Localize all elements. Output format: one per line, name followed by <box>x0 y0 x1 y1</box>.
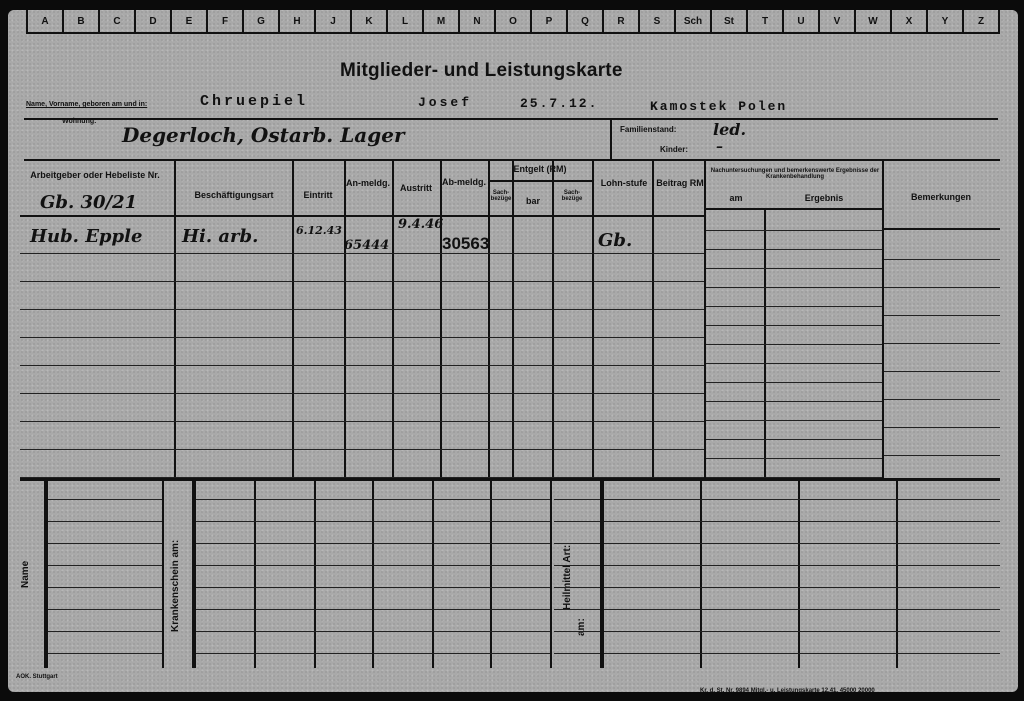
divider <box>24 118 998 120</box>
header-contribution: Beitrag RM <box>656 178 704 189</box>
row-line <box>20 365 704 366</box>
index-tab-n: N <box>458 10 494 34</box>
index-tab-k: K <box>350 10 386 34</box>
divider <box>610 120 612 160</box>
column-divider <box>552 160 554 480</box>
row-line <box>604 499 1000 500</box>
birth-place-value: Kamostek Polen <box>650 99 787 114</box>
column-divider <box>392 160 394 480</box>
index-tab-x: X <box>890 10 926 34</box>
index-tab-s: S <box>638 10 674 34</box>
header-wage-in-kind: Sach-bezüge <box>490 190 512 202</box>
row-line <box>706 458 882 459</box>
row-line <box>554 631 600 632</box>
row-line <box>706 287 882 288</box>
grid-line <box>882 228 1000 230</box>
row-line <box>884 343 1000 344</box>
grid-line <box>20 215 704 217</box>
cell-entry: 6.12.43 <box>296 224 340 237</box>
column-divider <box>162 481 164 668</box>
row-line <box>706 230 882 231</box>
row-line <box>48 609 162 610</box>
row-line <box>196 587 550 588</box>
row-line <box>48 521 162 522</box>
children-value: – <box>716 139 723 155</box>
index-tab-z: Z <box>962 10 1000 34</box>
row-line <box>706 439 882 440</box>
index-tab-r: R <box>602 10 638 34</box>
column-divider <box>432 481 434 668</box>
row-line <box>20 309 704 310</box>
index-tab-o: O <box>494 10 530 34</box>
column-divider <box>254 481 256 668</box>
column-divider <box>896 481 898 668</box>
row-line <box>48 587 162 588</box>
row-line <box>706 325 882 326</box>
sick-note-label: Krankenschein am: <box>170 540 181 632</box>
column-divider <box>652 160 654 480</box>
address-label: Wohnung: <box>62 118 96 125</box>
column-divider <box>798 481 800 668</box>
row-line <box>20 253 704 254</box>
row-line <box>554 565 600 566</box>
column-divider <box>372 481 374 668</box>
index-tab-c: C <box>98 10 134 34</box>
row-line <box>706 306 882 307</box>
row-line <box>706 382 882 383</box>
row-line <box>706 363 882 364</box>
printer-mark: AOK. Stuttgart <box>16 674 58 680</box>
index-tab-y: Y <box>926 10 962 34</box>
index-tab-p: P <box>530 10 566 34</box>
row-line <box>196 543 550 544</box>
row-line <box>604 631 1000 632</box>
row-line <box>706 420 882 421</box>
index-tab-a: A <box>26 10 62 34</box>
header-employment-type: Beschäftigungsart <box>178 190 290 201</box>
row-line <box>604 587 1000 588</box>
row-line <box>196 521 550 522</box>
firstname-value: Josef <box>418 95 472 110</box>
index-tab-t: T <box>746 10 782 34</box>
row-line <box>604 609 1000 610</box>
column-divider <box>550 481 552 668</box>
row-line <box>706 268 882 269</box>
column-divider <box>600 481 604 668</box>
header-followup-result: Ergebnis <box>766 193 882 204</box>
row-line <box>554 543 600 544</box>
row-line <box>884 315 1000 316</box>
header-wage-group: Entgelt (RM) <box>490 164 590 175</box>
row-line <box>20 337 704 338</box>
column-divider <box>192 481 196 668</box>
row-line <box>884 287 1000 288</box>
column-divider <box>700 481 702 668</box>
row-line <box>706 344 882 345</box>
row-line <box>884 427 1000 428</box>
row-line <box>554 653 600 654</box>
cell-registration: 65444 <box>344 238 389 253</box>
row-line <box>884 399 1000 400</box>
name-label-vertical: Name <box>20 561 31 588</box>
row-line <box>48 543 162 544</box>
row-line <box>884 259 1000 260</box>
row-line <box>706 249 882 250</box>
column-divider <box>488 160 490 480</box>
column-divider <box>314 481 316 668</box>
index-tab-g: G <box>242 10 278 34</box>
column-divider <box>292 160 294 480</box>
index-tab-w: W <box>854 10 890 34</box>
row-line <box>604 521 1000 522</box>
column-divider <box>440 160 442 480</box>
row-line <box>48 565 162 566</box>
row-line <box>554 587 600 588</box>
marital-status-label: Familienstand: <box>620 125 676 134</box>
row-line <box>196 609 550 610</box>
row-line <box>196 653 550 654</box>
name-label: Name, Vorname, geboren am und in: <box>26 101 147 108</box>
row-line <box>20 421 704 422</box>
header-remarks: Bemerkungen <box>884 192 998 203</box>
row-line <box>554 499 600 500</box>
form-number: Kr. d. St. Nr. 9894 Mitgl.- u. Leistungs… <box>700 688 875 694</box>
index-tab-u: U <box>782 10 818 34</box>
grid-line <box>706 208 882 210</box>
column-divider <box>592 160 594 480</box>
birth-date-value: 25.7.12. <box>520 96 598 111</box>
cell-deregistration: 30563 <box>442 234 489 254</box>
remedy-label: Heilmittel Art: <box>562 545 573 610</box>
index-tab-d: D <box>134 10 170 34</box>
index-tab-m: M <box>422 10 458 34</box>
row-line <box>706 401 882 402</box>
header-employer: Arbeitgeber oder Hebeliste Nr. <box>30 170 160 181</box>
grid-line <box>488 180 592 182</box>
row-line <box>196 631 550 632</box>
cell-employment-type: Hi. arb. <box>182 226 258 247</box>
row-line <box>604 565 1000 566</box>
row-line <box>48 499 162 500</box>
column-divider <box>44 481 48 668</box>
header-wage-class: Lohn-stufe <box>596 178 652 189</box>
marital-status-value: led. <box>713 120 746 139</box>
employer-number: Gb. 30/21 <box>40 192 137 213</box>
column-divider <box>882 160 884 480</box>
index-tab-v: V <box>818 10 854 34</box>
row-line <box>48 653 162 654</box>
header-deregistration: Ab-meldg. <box>442 177 486 188</box>
header-followup-date: am <box>708 193 764 204</box>
row-line <box>20 281 704 282</box>
cell-wage-class: Gb. <box>598 230 632 251</box>
index-tab-h: H <box>278 10 314 34</box>
index-tab-b: B <box>62 10 98 34</box>
column-divider <box>344 160 346 480</box>
row-line <box>196 499 550 500</box>
children-label: Kinder: <box>660 145 688 154</box>
table-bottom-border <box>20 478 1000 481</box>
row-line <box>20 449 704 450</box>
index-tab-st: St <box>710 10 746 34</box>
column-divider <box>174 160 176 480</box>
header-entry: Eintritt <box>294 190 342 201</box>
row-line <box>554 609 600 610</box>
header-wage-other: Sach-bezüge <box>554 190 590 202</box>
index-tab-f: F <box>206 10 242 34</box>
row-line <box>604 653 1000 654</box>
surname-value: Chruepiel <box>200 93 308 110</box>
form-title: Mitglieder- und Leistungskarte <box>340 60 623 82</box>
column-divider <box>490 481 492 668</box>
row-line <box>884 455 1000 456</box>
index-tab-j: J <box>314 10 350 34</box>
header-exit: Austritt <box>394 183 438 194</box>
row-line <box>604 543 1000 544</box>
remedy-date-label: am: <box>576 618 587 636</box>
index-tab-l: L <box>386 10 422 34</box>
row-line <box>20 393 704 394</box>
header-followup-group: Nachuntersuchungen und bemerkenswerte Er… <box>708 168 882 180</box>
row-line <box>554 521 600 522</box>
cell-employer: Hub. Epple <box>30 226 142 247</box>
address-value: Degerloch, Ostarb. Lager <box>122 123 405 147</box>
cell-exit: 9.4.46 <box>398 218 434 232</box>
column-divider <box>512 160 514 480</box>
row-line <box>196 565 550 566</box>
index-tab-e: E <box>170 10 206 34</box>
header-registration: An-meldg. <box>346 178 390 189</box>
row-line <box>884 371 1000 372</box>
index-tab-q: Q <box>566 10 602 34</box>
index-tab-sch: Sch <box>674 10 710 34</box>
row-line <box>48 631 162 632</box>
header-wage-cash: bar <box>514 196 552 207</box>
